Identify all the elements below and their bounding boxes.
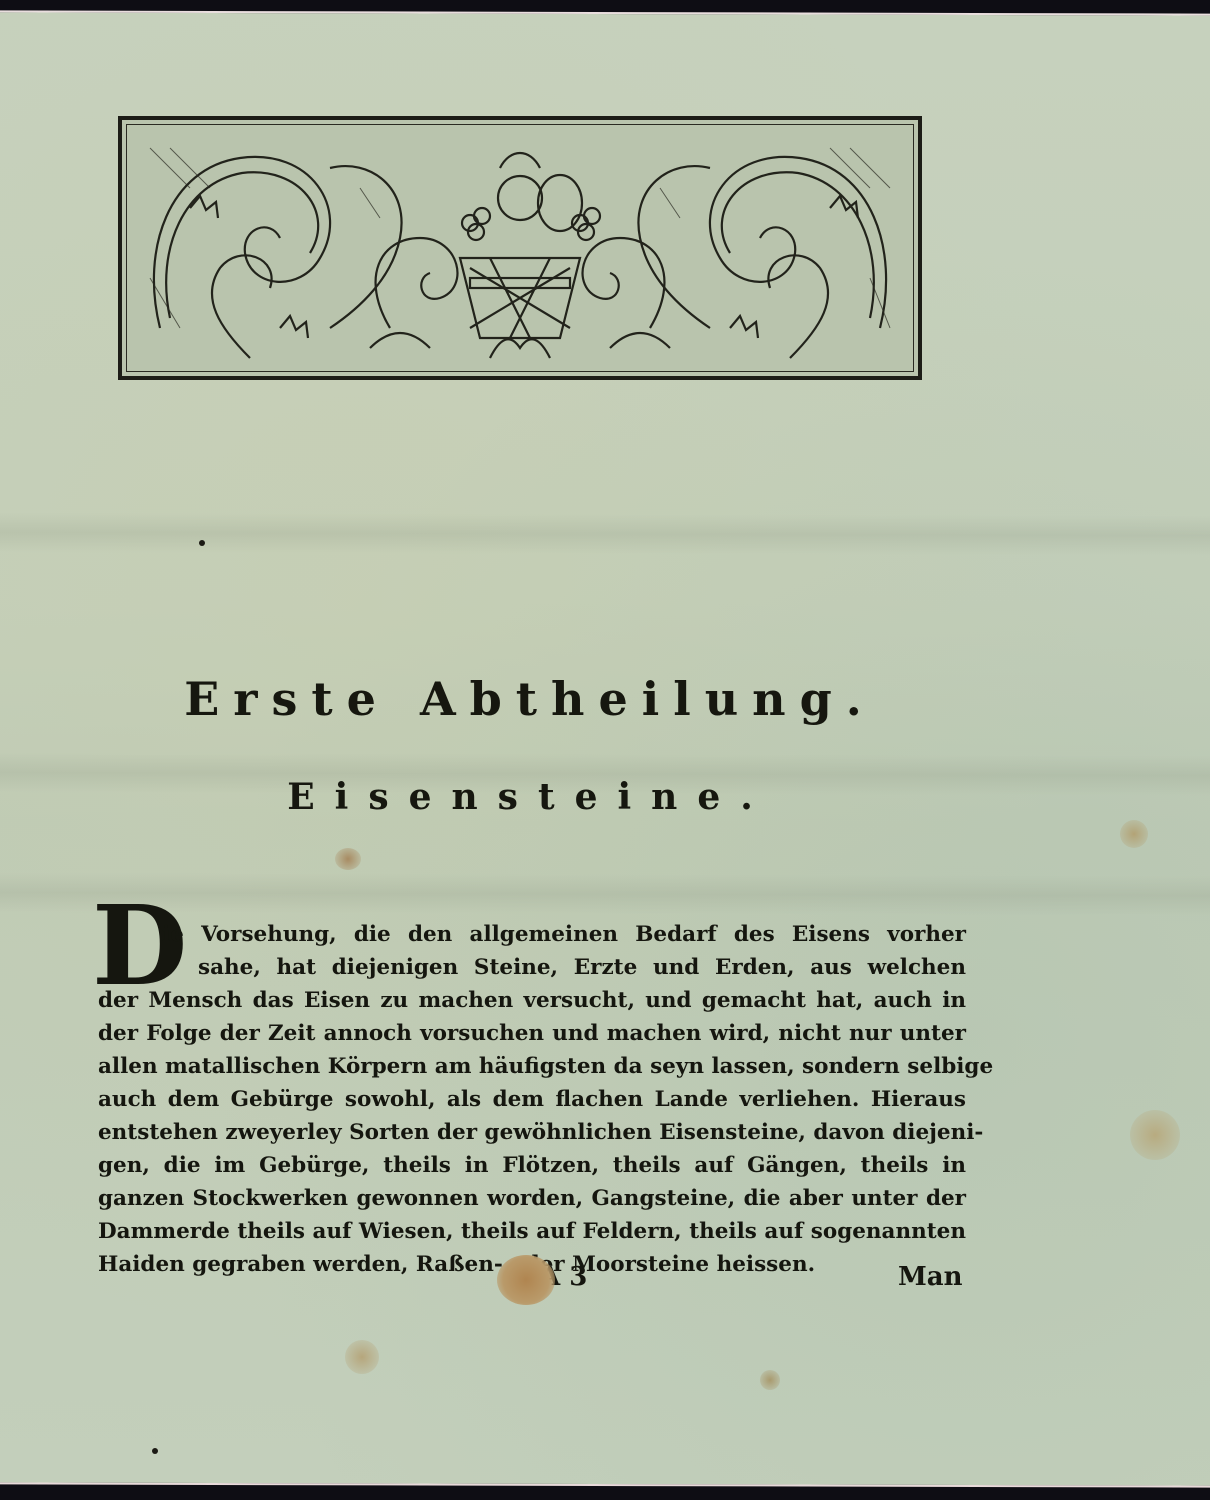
woodcut-headpiece-ornament xyxy=(118,116,922,380)
text-line: allen matallischen Körpern am häufigsten… xyxy=(98,1050,966,1083)
text-line: der Folge der Zeit annoch vorsuchen und … xyxy=(98,1017,966,1050)
stain xyxy=(497,1255,555,1305)
section-subtitle: Eisensteine. xyxy=(0,776,1060,818)
text-line: ie Vorsehung, die den allgemeinen Bedarf… xyxy=(98,918,966,951)
text-line: auch dem Gebürge sowohl, als dem flachen… xyxy=(98,1083,966,1116)
stain xyxy=(345,1340,379,1374)
catchword: Man xyxy=(898,1262,963,1292)
text-line: Dammerde theils auf Wiesen, theils auf F… xyxy=(98,1215,966,1248)
paper-fold xyxy=(0,512,1210,555)
ink-dot xyxy=(152,1448,158,1454)
section-title: Erste Abtheilung. xyxy=(0,672,1060,726)
stain xyxy=(1130,1110,1180,1160)
body-paragraph: ie Vorsehung, die den allgemeinen Bedarf… xyxy=(98,918,966,1281)
text-line: ganzen Stockwerken gewonnen worden, Gang… xyxy=(98,1182,966,1215)
scrollwork-icon xyxy=(130,128,910,368)
text-line: entstehen zweyerley Sorten der gewöhnlic… xyxy=(98,1116,966,1149)
text-line: gen, die im Gebürge, theils in Flötzen, … xyxy=(98,1149,966,1182)
ink-dot xyxy=(199,540,205,546)
stain xyxy=(335,848,361,870)
text-line: der Mensch das Eisen zu machen versucht,… xyxy=(98,984,966,1017)
text-line: sahe, hat diejenigen Steine, Erzte und E… xyxy=(98,951,966,984)
stain xyxy=(1120,820,1148,848)
stain xyxy=(760,1370,780,1390)
